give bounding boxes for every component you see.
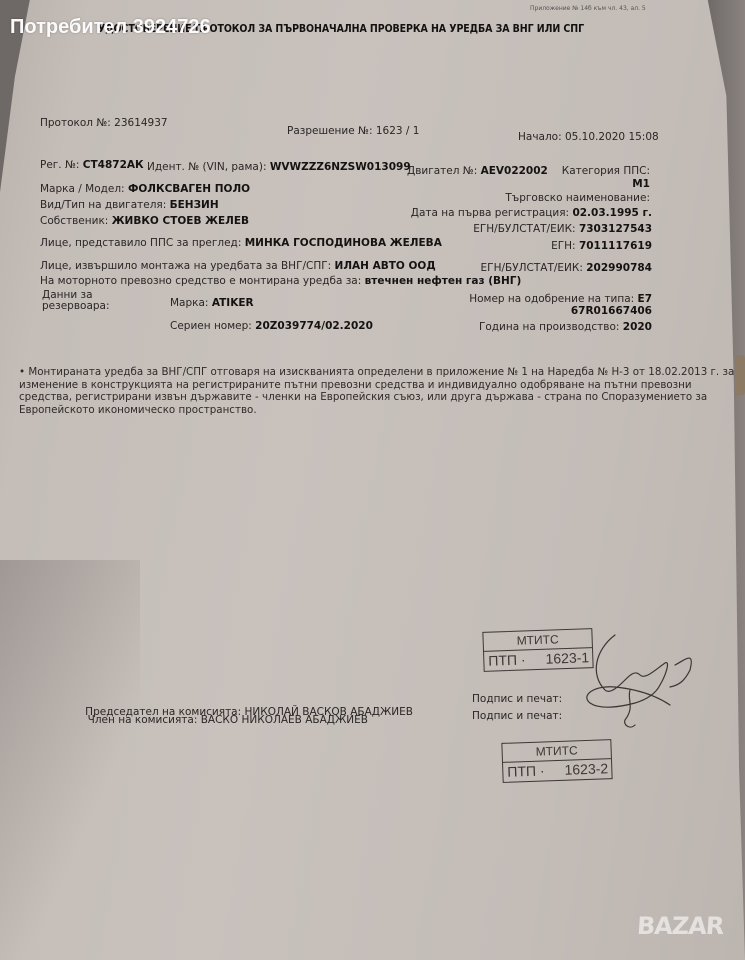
registration-number: Рег. №: СТ4872АК — [40, 159, 144, 172]
installer-id: ЕГН/БУЛСТАТ/ЕИК: 202990784 — [470, 262, 652, 275]
make-model: Марка / Модел: ФОЛКСВАГЕН ПОЛО — [40, 183, 250, 196]
start-datetime: Начало: 05.10.2020 15:08 — [518, 131, 659, 144]
user-watermark: Потребител 3924726 — [10, 16, 211, 39]
tank-brand: Марка: ATIKER — [170, 297, 254, 310]
commission-member: Член на комисията: ВАСКО НИКОЛАЕВ АБАДЖИ… — [0, 714, 368, 727]
stamp-2: МТИТС ПТП ·1623-2 — [501, 739, 612, 783]
first-registration-date: Дата на първа регистрация: 02.03.1995 г. — [380, 207, 652, 220]
bazar-logo: BAZAR — [636, 912, 724, 940]
permit-number: Разрешение №: 1623 / 1 — [287, 125, 419, 138]
production-year: Година на производство: 2020 — [460, 321, 652, 334]
tank-section-label: Данни за резервоара: — [42, 290, 110, 312]
paper-shadow — [0, 560, 140, 960]
engine-type: Вид/Тип на двигателя: БЕНЗИН — [40, 199, 219, 212]
installed-system: На моторното превозно средство е монтира… — [40, 275, 521, 288]
tank-serial-number: Сериен номер: 20Z039774/02.2020 — [170, 320, 373, 333]
document-paper: Приложение № 14б към чл. 43, ал. 5 УДОСТ… — [0, 0, 745, 960]
presenter-id: ЕГН: 7011117619 — [500, 240, 652, 253]
installer: Лице, извършило монтажа на уредбата за В… — [40, 260, 436, 273]
vin-number: Идент. № (VIN, рама): WVWZZZ6NZSW013099 — [147, 161, 411, 174]
owner-id: ЕГН/БУЛСТАТ/ЕИК: 7303127543 — [420, 223, 652, 236]
trade-name: Търговско наименование: — [450, 192, 650, 205]
handwritten-signature — [575, 625, 705, 745]
engine-number: Двигател №: AEV022002 — [407, 165, 548, 178]
type-approval-number: Номер на одобрение на типа: E7 67R016674… — [460, 293, 652, 317]
owner: Собственик: ЖИВКО СТОЕВ ЖЕЛЕВ — [40, 215, 249, 228]
compliance-note: • Монтираната уредба за ВНГ/СПГ отговаря… — [19, 366, 739, 416]
vehicle-category: Категория ППС: M1 — [560, 165, 650, 191]
protocol-number: Протокол №: 23614937 — [40, 117, 168, 130]
presenter: Лице, представило ППС за преглед: МИНКА … — [40, 237, 442, 250]
signature-label-1: Подпис и печат: — [472, 693, 562, 706]
signature-label-2: Подпис и печат: — [472, 710, 562, 723]
background-object — [735, 355, 745, 395]
